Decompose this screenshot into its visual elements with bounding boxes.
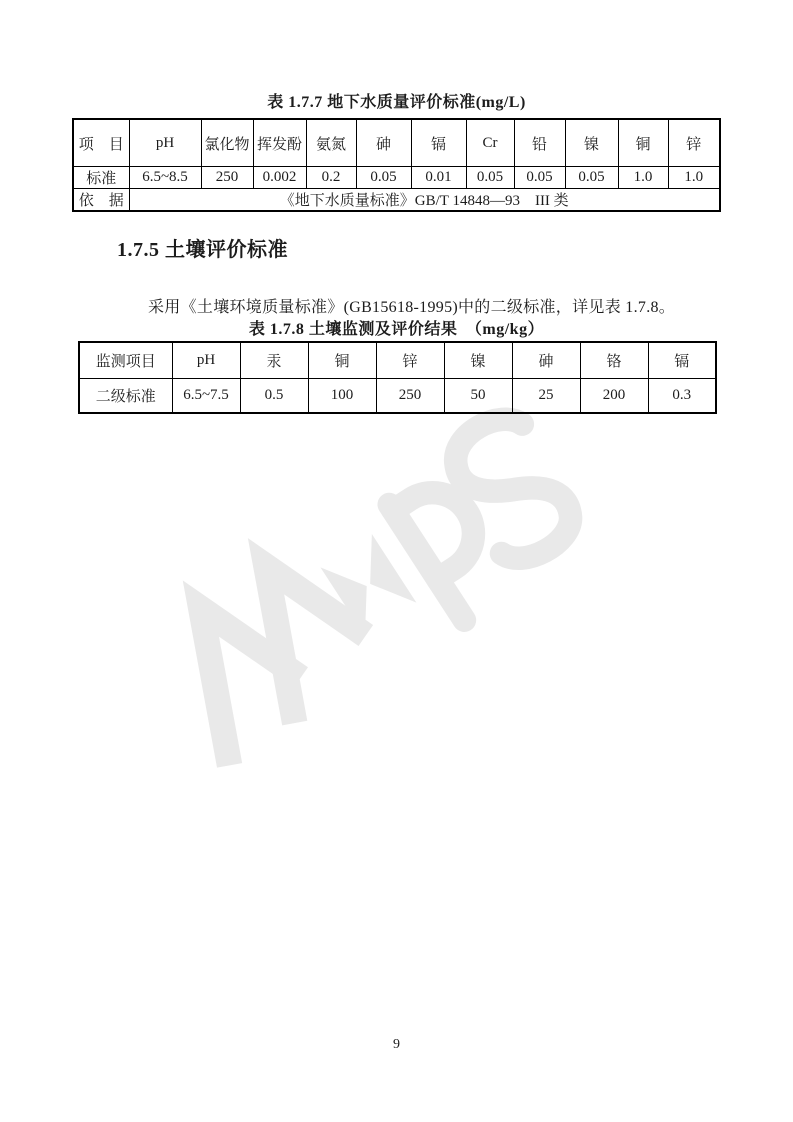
wps-watermark xyxy=(112,364,612,791)
table-header-cell: 镍 xyxy=(565,119,618,167)
table-header-cell: Cr xyxy=(466,119,514,167)
table-header-cell: 铜 xyxy=(618,119,668,167)
table-header-cell: pH xyxy=(172,342,240,379)
table-row: 依 据 《地下水质量标准》GB/T 14848—93 III 类 xyxy=(73,189,720,212)
table-header-cell: 砷 xyxy=(512,342,580,379)
table-header-cell: 氯化物 xyxy=(201,119,253,167)
table-cell: 0.2 xyxy=(306,167,356,189)
table-header-cell: 铅 xyxy=(514,119,565,167)
table-header-cell: 锌 xyxy=(376,342,444,379)
table-cell: 100 xyxy=(308,379,376,414)
table-header-cell: 监测项目 xyxy=(79,342,172,379)
table-header-cell: 项 目 xyxy=(73,119,129,167)
table-cell: 0.05 xyxy=(356,167,411,189)
table-cell: 1.0 xyxy=(618,167,668,189)
table-header-cell: 镉 xyxy=(648,342,716,379)
table-header-cell: 砷 xyxy=(356,119,411,167)
table-cell: 6.5~8.5 xyxy=(129,167,201,189)
table-cell: 0.05 xyxy=(565,167,618,189)
table-cell: 1.0 xyxy=(668,167,720,189)
table-cell: 200 xyxy=(580,379,648,414)
row-label-cell: 标准 xyxy=(73,167,129,189)
table-cell: 0.05 xyxy=(514,167,565,189)
section-heading: 1.7.5 土壤评价标准 xyxy=(117,233,288,262)
groundwater-standards-table: 项 目 pH 氯化物 挥发酚 氨氮 砷 镉 Cr 铅 镍 铜 锌 标准 6.5~… xyxy=(72,118,721,212)
table-cell: 6.5~7.5 xyxy=(172,379,240,414)
table-header-cell: 铬 xyxy=(580,342,648,379)
table-row: 标准 6.5~8.5 250 0.002 0.2 0.05 0.01 0.05 … xyxy=(73,167,720,189)
page-number: 9 xyxy=(0,1037,793,1053)
table-cell: 0.3 xyxy=(648,379,716,414)
soil-standards-table: 监测项目 pH 汞 铜 锌 镍 砷 铬 镉 二级标准 6.5~7.5 0.5 1… xyxy=(78,341,717,414)
table-header-cell: 镍 xyxy=(444,342,512,379)
table-cell: 0.002 xyxy=(253,167,306,189)
table-row: 二级标准 6.5~7.5 0.5 100 250 50 25 200 0.3 xyxy=(79,379,716,414)
table-cell-basis: 《地下水质量标准》GB/T 14848—93 III 类 xyxy=(129,189,720,212)
table-header-cell: 挥发酚 xyxy=(253,119,306,167)
table-header-cell: 锌 xyxy=(668,119,720,167)
table-header-cell: pH xyxy=(129,119,201,167)
row-label-cell: 二级标准 xyxy=(79,379,172,414)
table-1-7-8-title: 表 1.7.8 土壤监测及评价结果 （mg/kg） xyxy=(0,316,793,339)
body-paragraph: 采用《土壤环境质量标准》(GB15618-1995)中的二级标准，详见表 1.7… xyxy=(148,294,675,317)
document-page: 表 1.7.7 地下水质量评价标准(mg/L) 项 目 pH 氯化物 挥发酚 氨… xyxy=(0,0,793,1122)
table-cell: 250 xyxy=(376,379,444,414)
table-cell: 0.01 xyxy=(411,167,466,189)
table-row: 项 目 pH 氯化物 挥发酚 氨氮 砷 镉 Cr 铅 镍 铜 锌 xyxy=(73,119,720,167)
table-header-cell: 铜 xyxy=(308,342,376,379)
table-cell: 50 xyxy=(444,379,512,414)
table-1-7-7-title: 表 1.7.7 地下水质量评价标准(mg/L) xyxy=(0,89,793,112)
table-cell: 0.5 xyxy=(240,379,308,414)
table-header-cell: 镉 xyxy=(411,119,466,167)
wps-logo-icon xyxy=(112,364,612,791)
table-row: 监测项目 pH 汞 铜 锌 镍 砷 铬 镉 xyxy=(79,342,716,379)
table-cell: 25 xyxy=(512,379,580,414)
row-label-cell: 依 据 xyxy=(73,189,129,212)
table-cell: 0.05 xyxy=(466,167,514,189)
table-header-cell: 氨氮 xyxy=(306,119,356,167)
table-cell: 250 xyxy=(201,167,253,189)
table-header-cell: 汞 xyxy=(240,342,308,379)
